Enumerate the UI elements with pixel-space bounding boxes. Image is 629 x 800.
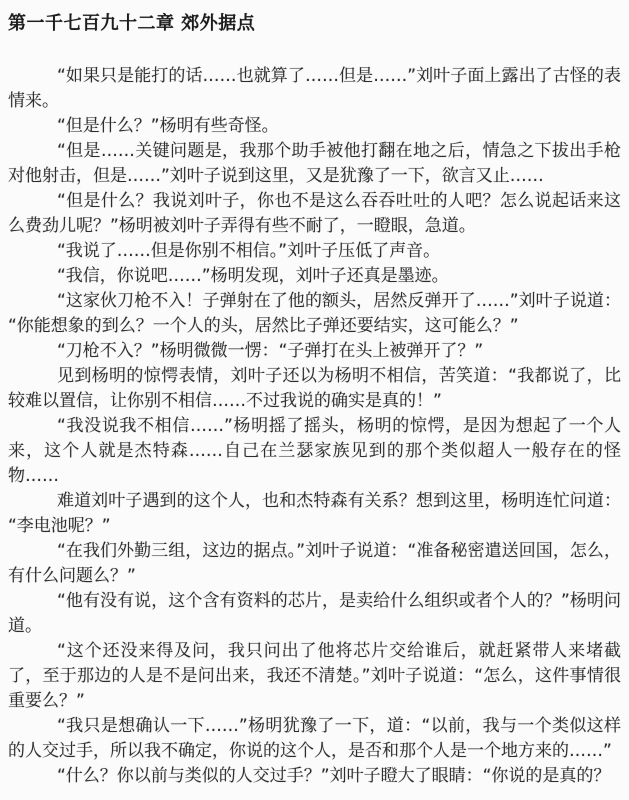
paragraph: “但是什么？”杨明有些奇怪。: [8, 114, 621, 139]
novel-page: 第一千七百九十二章 郊外据点 “如果只是能打的话……也就算了……但是……”刘叶子…: [0, 0, 629, 800]
paragraph: “这家伙刀枪不入！子弹射在了他的额头，居然反弹开了……”刘叶子说道：“你能想象的…: [8, 289, 621, 339]
paragraph: “如果只是能打的话……也就算了……但是……”刘叶子面上露出了古怪的表情来。: [8, 64, 621, 114]
paragraph: “在我们外勤三组，这边的据点。”刘叶子说道：“准备秘密遣送回国，怎么，有什么问题…: [8, 539, 621, 589]
paragraph: “什么？你以前与类似的人交过手？”刘叶子瞪大了眼睛：“你说的是真的？: [8, 764, 621, 789]
paragraph: “我说了……但是你别不相信。”刘叶子压低了声音。: [8, 239, 621, 264]
paragraph: “他有没有说，这个含有资料的芯片，是卖给什么组织或者个人的？”杨明问道。: [8, 589, 621, 639]
chapter-body: “如果只是能打的话……也就算了……但是……”刘叶子面上露出了古怪的表情来。“但是…: [8, 64, 621, 789]
paragraph: “我信，你说吧……”杨明发现，刘叶子还真是墨迹。: [8, 264, 621, 289]
paragraph: “我只是想确认一下……”杨明犹豫了一下，道：“以前，我与一个类似这样的人交过手，…: [8, 714, 621, 764]
paragraph: “刀枪不入？”杨明微微一愣：“子弹打在头上被弹开了？”: [8, 339, 621, 364]
paragraph: 难道刘叶子遇到的这个人，也和杰特森有关系？想到这里，杨明连忙问道：“李电池呢？”: [8, 489, 621, 539]
paragraph: “这个还没来得及问，我只问出了他将芯片交给谁后，就赶紧带人来堵截了，至于那边的人…: [8, 639, 621, 714]
paragraph: “我没说我不相信……”杨明摇了摇头，杨明的惊愕，是因为想起了一个人来，这个人就是…: [8, 414, 621, 489]
paragraph: “但是……关键问题是，我那个助手被他打翻在地之后，情急之下拔出手枪对他射击，但是…: [8, 139, 621, 189]
chapter-title: 第一千七百九十二章 郊外据点: [8, 12, 621, 36]
paragraph: “但是什么？我说刘叶子，你也不是这么吞吞吐吐的人吧？怎么说起话来这么费劲儿呢？”…: [8, 189, 621, 239]
paragraph: 见到杨明的惊愕表情，刘叶子还以为杨明不相信，苦笑道：“我都说了，比较难以置信，让…: [8, 364, 621, 414]
